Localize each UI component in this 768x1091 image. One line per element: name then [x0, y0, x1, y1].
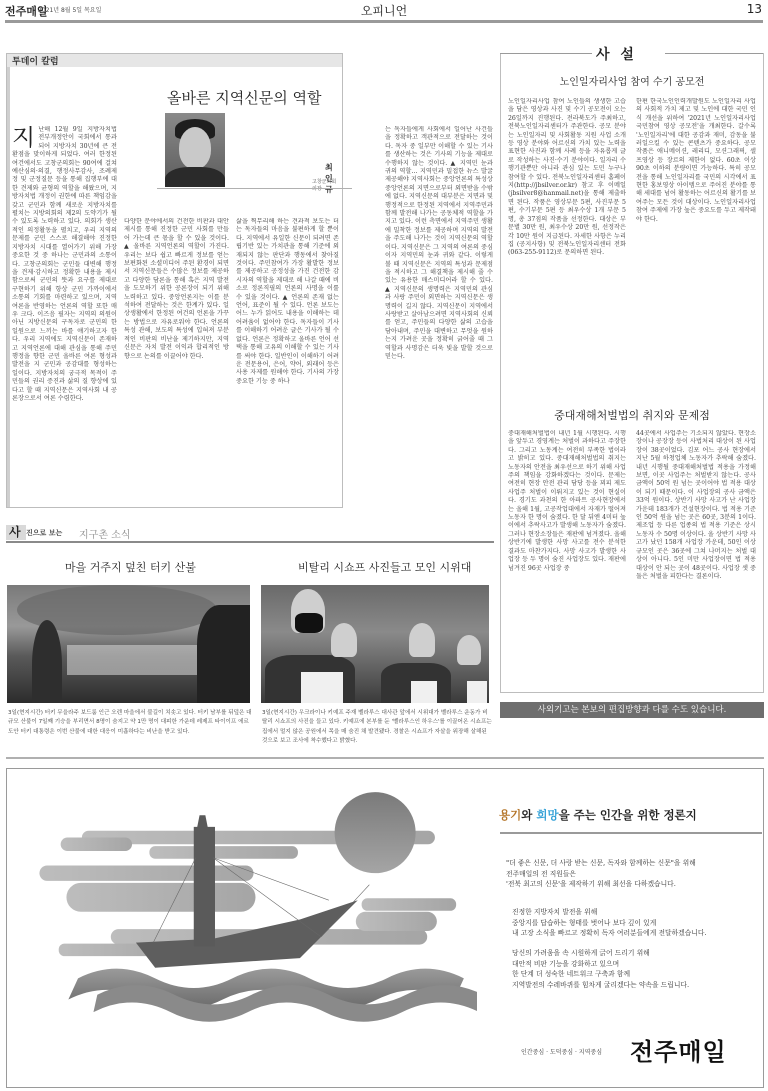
- ad-paragraph-1: "더 좋은 신문, 더 사랑 받는 신문, 독자와 함께하는 신문"을 위해 전…: [506, 858, 696, 890]
- ad-paragraph-3: 당신의 가려움을 속 시원하게 긁어 드리기 위해 대안적 비판 기능을 강화하…: [512, 948, 689, 990]
- editorial-title-1: 노인일자리사업 참여 수기 공모전: [500, 73, 764, 88]
- column-text-3: 삶을 찍무리해 하는 견과적 보도는 더는 독자들의 마음을 불편하게 할 뿐이…: [236, 218, 339, 504]
- tree-shape: [32, 620, 62, 703]
- photo-caption-2: 3일(현지시간) 우크라이나 키예프 주재 벨라루스 대사관 앞에서 시위대가 …: [262, 709, 492, 746]
- author-role: 고창군의회 의장: [312, 178, 342, 192]
- houses-shape: [67, 645, 217, 675]
- ad-slogan: 용기와 희망을 주는 인간을 위한 정론지: [499, 807, 697, 823]
- protester-head: [409, 623, 435, 657]
- wildfire-photo: [7, 585, 250, 703]
- ad-paragraph-2: 진정한 지방자치 발전을 위해 중앙지를 답습하는 형태를 벗어나 보다 깊이 …: [512, 907, 707, 939]
- photo-title-2: 비탈리 시쇼프 사진들고 모인 시위대: [298, 559, 471, 575]
- editorial-label: 사 설: [596, 44, 637, 64]
- ship-pen-illustration: [7, 769, 477, 1069]
- author-photo-body: [165, 167, 225, 187]
- masthead: 전주매일 2021년 8월 5일 목요일 오피니언 13: [0, 0, 768, 24]
- column-text-4: 는 독자들에게 사회에서 일어난 사건들을 정확하고 객관적으로 전달하는 것이…: [385, 126, 493, 506]
- ad-line: "더 좋은 신문, 더 사랑 받는 신문, 독자와 함께하는 신문"을 위해: [506, 858, 696, 869]
- ad-line: 진정한 지방자치 발전을 위해: [512, 907, 707, 918]
- ad-line: 한 단계 더 성숙한 네트워크 구축과 함께: [512, 969, 689, 980]
- photo-news-header: 사 진으로 보는 지구촌 소식: [6, 525, 494, 543]
- column-text-1: 지난해 12월 9일 지방자치법 전부개정안이 국회에서 통과되어 지방자치 3…: [12, 126, 117, 504]
- protester-head: [457, 635, 481, 665]
- ad-line: 대안적 비판 기능을 강화하고 있으며: [512, 959, 689, 970]
- photo-news-header-sub2: 지구촌 소식: [79, 526, 130, 541]
- ad-line: '전북 최고의 신문'을 제작하기 위해 최선을 다하겠습니다.: [506, 879, 696, 890]
- section-divider: [6, 757, 764, 759]
- photo-caption-1: 3일(현지시간) 터키 무을라주 보드룸 인근 오렌 마을에서 불길이 치솟고 …: [8, 709, 253, 737]
- author-photo: [165, 113, 225, 187]
- photo-title-1: 마을 거주지 덮친 터키 산불: [65, 559, 196, 575]
- photo-news-header-cap: 사: [6, 525, 26, 540]
- column-left-bar: [7, 54, 10, 507]
- editorial-rule-left: [500, 53, 592, 54]
- ad-line: 내 고장 소식을 빠르고 정확히 독자 여러분들에게 전달하겠습니다.: [512, 928, 707, 939]
- ad-logo: 전주매일: [630, 1032, 727, 1067]
- column-text-1-body: 난해 12월 9일 지방자치법 전부개정안이 국회에서 통과되어 지방자치 30…: [12, 126, 117, 402]
- editorial-1-text-2: 한편 한국노인인력개발원도 노인일자리 사업의 사회적 가치 제고 및 노인에 …: [636, 98, 756, 394]
- column-header: 투데이 칼럼: [7, 54, 342, 67]
- protester-head: [331, 623, 357, 657]
- palm-shape: [197, 605, 250, 703]
- ad-divider: [500, 832, 762, 834]
- disclaimer-banner: 사외기고는 본보의 편집방향과 다를 수도 있습니다.: [500, 702, 764, 718]
- protest-sign: [467, 681, 487, 703]
- ad-line: 당신의 가려움을 속 시원하게 긁어 드리기 위해: [512, 948, 689, 959]
- column-dropcap: 지: [12, 127, 35, 147]
- slogan-courage: 용기: [499, 808, 521, 822]
- photo-news-header-sub1: 진으로 보는: [26, 528, 62, 538]
- editorial-title-2: 중대재해처벌법의 취지와 문제점: [500, 407, 764, 423]
- column-text-2: 다양한 분야에서의 건전한 비판과 대안 제시를 통해 진정한 군민 사회를 만…: [124, 218, 229, 504]
- slogan-text-end: 을 주는 인간을 위한 정론지: [559, 808, 697, 822]
- page-number: 13: [747, 2, 762, 16]
- ad-line: 전주매일의 전 직원들은: [506, 869, 696, 880]
- editorial-2-text-1: 중대재해처벌법이 내년 1월 시행된다. 시행을 앞두고 경영계는 처벌이 과하…: [508, 430, 626, 690]
- editorial-2-text-2: 44곳에서 사업주는 기소되지 않았다. 현장소장이나 공장장 등이 사법처리 …: [636, 430, 756, 690]
- column-title: 올바른 지역신문의 역할: [167, 87, 321, 108]
- slogan-text: 와: [521, 808, 536, 822]
- face-mask: [295, 613, 323, 633]
- editorial-1-text-1: 노인일자리사업 참여 노인들의 생생한 고습을 담은 영상과 사진 및 수기 공…: [508, 98, 626, 394]
- ad-line: 지역발전의 수레바퀴를 힘차게 굴리겠다는 약속을 드립니다.: [512, 980, 689, 991]
- slogan-hope: 희망: [536, 808, 558, 822]
- ad-line: 중앙지를 답습하는 형태를 벗어나 보다 깊이 있게: [512, 918, 707, 929]
- protest-sign: [411, 681, 437, 703]
- author-photo-face: [179, 127, 211, 169]
- protest-sign: [301, 672, 343, 703]
- section-title: 오피니언: [0, 2, 768, 19]
- masthead-divider: [5, 20, 763, 23]
- protest-photo: [261, 585, 489, 703]
- byline-divider: [157, 188, 352, 189]
- ad-tagline: 인간중심 · 도덕중심 · 지역중심: [521, 1047, 602, 1056]
- column-header-label: 투데이 칼럼: [12, 54, 59, 67]
- editorial-rule-right: [665, 53, 763, 54]
